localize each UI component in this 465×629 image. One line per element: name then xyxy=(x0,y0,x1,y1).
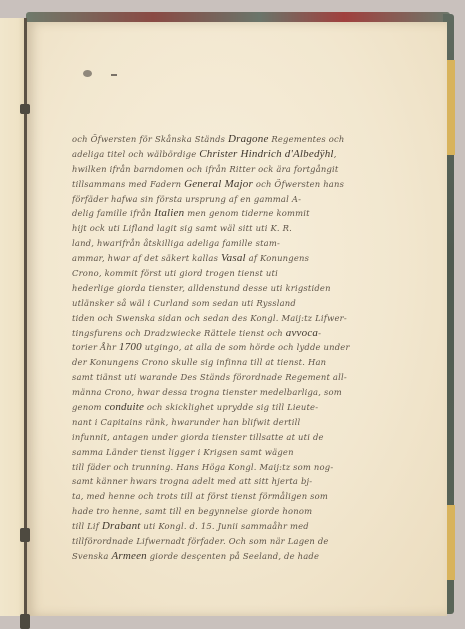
line-text: och skicklighet uprydde sig till Lieute- xyxy=(144,402,318,412)
line-text: giorde desçenten på Seeland, de hade xyxy=(147,551,319,561)
line-text: Regementes och xyxy=(269,134,345,144)
line-text: delig famille ifrån xyxy=(72,208,154,218)
manuscript-line: delig famille ifrån Italien men genom ti… xyxy=(72,206,412,221)
line-text: hijt ock uti Lifland lagit sig samt wäl … xyxy=(72,223,292,233)
manuscript-line: förfäder hafwa sin första ursprung af en… xyxy=(72,192,412,207)
manuscript-line: land, hwarifrån åtskilliga adeliga famil… xyxy=(72,236,412,251)
manuscript-line: utlänsker så wäl i Curland som sedan uti… xyxy=(72,296,412,311)
manuscript-line: männa Crono, hwar dessa trogna tienster … xyxy=(72,385,412,400)
emphasized-term: 1700 xyxy=(119,341,142,353)
emphasized-term: Dragone xyxy=(228,133,269,145)
emphasized-term: conduite xyxy=(105,401,144,413)
manuscript-line: adeliga titel och wälbördige Christer Hi… xyxy=(72,147,412,162)
line-text: tillförordnade Lifwernadt förfader. Och … xyxy=(72,536,329,546)
line-text: nant i Capitains ränk, hwarunder han bli… xyxy=(72,417,300,427)
manuscript-line: ammar, hwar af det säkert kallas Vasal a… xyxy=(72,251,412,266)
manuscript-line: tillförordnade Lifwernadt förfader. Och … xyxy=(72,534,412,549)
line-text: genom xyxy=(72,402,105,412)
manuscript-book: och Öfwersten för Skånska Ständs Dragone… xyxy=(0,0,465,629)
line-text: till fäder och trunning. Hans Höga Kongl… xyxy=(72,462,333,472)
manuscript-line: torier Åhr 1700 utgingo, at alla de som … xyxy=(72,340,412,355)
manuscript-line: samt känner hwars trogna adelt med att s… xyxy=(72,474,412,489)
manuscript-line: ta, med henne och trots till at först ti… xyxy=(72,489,412,504)
manuscript-line: hade tro henne, samt till en begynnelse … xyxy=(72,504,412,519)
line-text: , xyxy=(334,149,337,159)
emphasized-term: avvoca xyxy=(286,327,318,339)
manuscript-line: Crono, kommit först uti giord trogen tie… xyxy=(72,266,412,281)
emphasized-term: Italien xyxy=(154,207,184,219)
emphasized-term: Christer Hindrich d'Albedÿhl xyxy=(199,148,333,160)
line-text: tiden och Swenska sidan och sedan des Ko… xyxy=(72,313,347,323)
line-text: hwilken ifrån barndomen och ifrån Ritter… xyxy=(72,164,339,174)
line-text: tillsammans med Fadern xyxy=(72,179,184,189)
line-text: och Öfwersten hans xyxy=(253,179,344,189)
line-text: torier Åhr xyxy=(72,342,119,352)
emphasized-term: Vasal xyxy=(221,252,246,264)
line-text: Svenska xyxy=(72,551,111,561)
line-text: af Konungens xyxy=(246,253,309,263)
emphasized-term: Drabant xyxy=(102,520,141,532)
manuscript-line: tingsfurens och Dradzwiecke Rättele tien… xyxy=(72,326,412,341)
line-text: land, hwarifrån åtskilliga adeliga famil… xyxy=(72,238,280,248)
manuscript-line: hederlige giorda tienster, alldenstund d… xyxy=(72,281,412,296)
manuscript-line: tiden och Swenska sidan och sedan des Ko… xyxy=(72,311,412,326)
line-text: hederlige giorda tienster, alldenstund d… xyxy=(72,283,331,293)
line-text: till Lif xyxy=(72,521,102,531)
binding-stitch-icon xyxy=(20,528,30,542)
manuscript-line: der Konungens Crono skulle sig infinna t… xyxy=(72,355,412,370)
manuscript-line: till Lif Drabant uti Kongl. d. 15. Junii… xyxy=(72,519,412,534)
manuscript-line: nant i Capitains ränk, hwarunder han bli… xyxy=(72,415,412,430)
line-text: utlänsker så wäl i Curland som sedan uti… xyxy=(72,298,296,308)
binding-stitch-icon xyxy=(20,614,30,629)
handwritten-text-block: och Öfwersten för Skånska Ständs Dragone… xyxy=(72,132,412,564)
line-text: samma Länder tienst ligger i Krigsen sam… xyxy=(72,447,294,457)
line-text: infunnit, antagen under giorda tienster … xyxy=(72,432,324,442)
manuscript-line: Svenska Armeen giorde desçenten på Seela… xyxy=(72,549,412,564)
emphasized-term: General Major xyxy=(184,178,253,190)
line-text: utgingo, at alla de som hörde och lydde … xyxy=(142,342,350,352)
line-text: uti Kongl. d. 15. Junii sammaåhr med xyxy=(141,521,309,531)
manuscript-line: och Öfwersten för Skånska Ständs Dragone… xyxy=(72,132,412,147)
line-text: förfäder hafwa sin första ursprung af en… xyxy=(72,194,301,204)
line-text: Crono, kommit först uti giord trogen tie… xyxy=(72,268,278,278)
manuscript-line: tillsammans med Fadern General Major och… xyxy=(72,177,412,192)
ink-dash-mark xyxy=(111,74,117,76)
manuscript-line: infunnit, antagen under giorda tienster … xyxy=(72,430,412,445)
line-text: och Öfwersten för Skånska Ständs xyxy=(72,134,228,144)
manuscript-line: genom conduite och skicklighet uprydde s… xyxy=(72,400,412,415)
manuscript-line: hijt ock uti Lifland lagit sig samt wäl … xyxy=(72,221,412,236)
line-text: der Konungens Crono skulle sig infinna t… xyxy=(72,357,326,367)
line-text: tingsfurens och Dradzwiecke Rättele tien… xyxy=(72,328,286,338)
manuscript-line: hwilken ifrån barndomen och ifrån Ritter… xyxy=(72,162,412,177)
line-text: samt känner hwars trogna adelt med att s… xyxy=(72,476,312,486)
manuscript-line: samma Länder tienst ligger i Krigsen sam… xyxy=(72,445,412,460)
line-text: men genom tiderne kommit xyxy=(184,208,309,218)
line-text: ta, med henne och trots till at först ti… xyxy=(72,491,328,501)
line-text: adeliga titel och wälbördige xyxy=(72,149,199,159)
line-text: samt tiänst uti warande Des Ständs föror… xyxy=(72,372,347,382)
ink-blot-mark xyxy=(83,70,92,77)
paper-tab-bottom xyxy=(447,505,455,580)
line-text: männa Crono, hwar dessa trogna tienster … xyxy=(72,387,342,397)
emphasized-term: Armeen xyxy=(111,550,146,562)
line-text: - xyxy=(318,328,321,338)
manuscript-line: till fäder och trunning. Hans Höga Kongl… xyxy=(72,460,412,475)
paper-tab-top xyxy=(447,60,455,155)
line-text: hade tro henne, samt till en begynnelse … xyxy=(72,506,312,516)
line-text: ammar, hwar af det säkert kallas xyxy=(72,253,221,263)
manuscript-line: samt tiänst uti warande Des Ständs föror… xyxy=(72,370,412,385)
binding-stitch-icon xyxy=(20,104,30,114)
